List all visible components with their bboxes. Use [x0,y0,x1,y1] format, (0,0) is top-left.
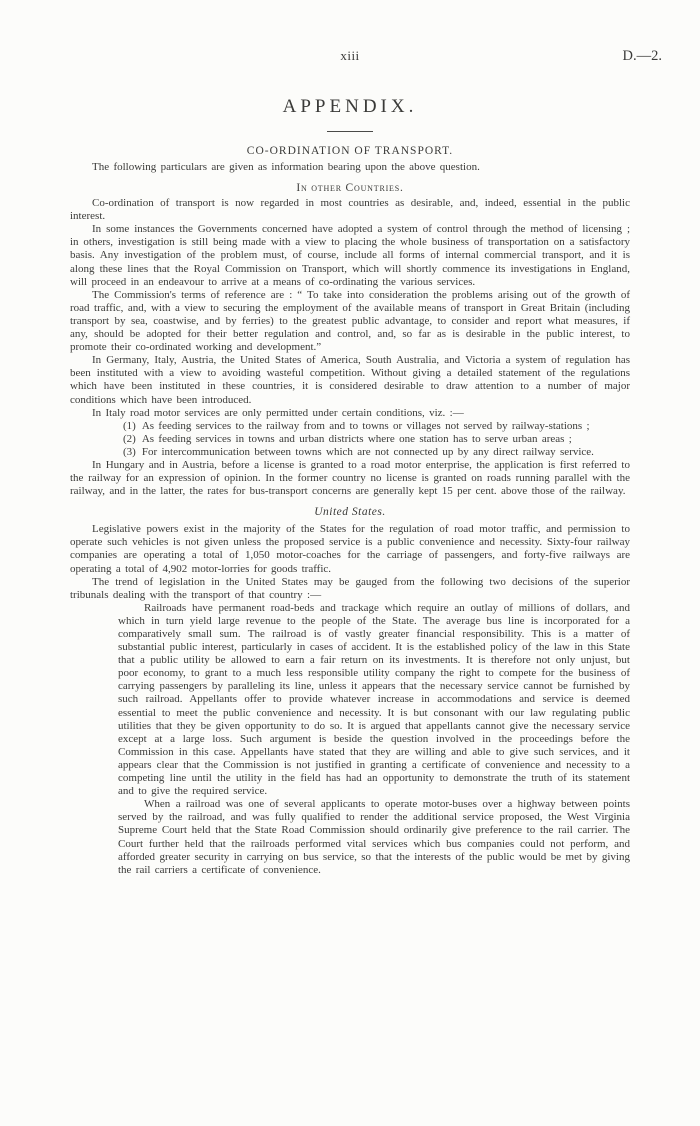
list-item-1-text: As feeding services to the railway from … [142,420,590,432]
intro-paragraph: The following particulars are given as i… [70,161,630,174]
court-decisions-quotation-block: Railroads have permanent road-beds and t… [118,602,630,877]
list-item-3: (3)For intercommunication between towns … [70,446,630,459]
list-item-3-text: For intercommunication between towns whi… [142,446,594,458]
appendix-title: APPENDIX. [70,96,630,118]
document-reference: D.—2. [623,48,662,65]
list-item-1-number: (1) [123,420,142,432]
list-item-3-number: (3) [123,446,142,458]
paragraph-coordination: Co-ordination of transport is now regard… [70,197,630,223]
quotation-railroads-decision: Railroads have permanent road-beds and t… [118,602,630,798]
document-page: xiii D.—2. APPENDIX. CO-ORDINATION OF TR… [0,0,700,1126]
paragraph-terms-of-reference: The Commission's terms of reference are … [70,289,630,354]
paragraph-licensing: In some instances the Governments concer… [70,223,630,288]
paragraph-trend-of-legislation: The trend of legislation in the United S… [70,576,630,602]
paragraph-germany-italy: In Germany, Italy, Austria, the United S… [70,354,630,406]
paragraph-italy-conditions-lead: In Italy road motor services are only pe… [70,407,630,420]
title-divider-rule [327,131,373,132]
quotation-west-virginia-decision: When a railroad was one of several appli… [118,798,630,877]
list-item-2-text: As feeding services in towns and urban d… [142,433,572,445]
united-states-heading: United States. [70,506,630,518]
other-countries-heading: In other Countries. [70,182,630,194]
list-item-1: (1)As feeding services to the railway fr… [70,420,630,433]
paragraph-hungary-austria: In Hungary and in Austria, before a lice… [70,459,630,498]
list-item-2-number: (2) [123,433,142,445]
running-head: xiii D.—2. [70,48,630,66]
page-number: xiii [70,48,630,64]
paragraph-legislative-powers: Legislative powers exist in the majority… [70,523,630,575]
list-item-2: (2)As feeding services in towns and urba… [70,433,630,446]
section-title: CO-ORDINATION OF TRANSPORT. [70,145,630,157]
italy-conditions-list: (1)As feeding services to the railway fr… [70,420,630,459]
